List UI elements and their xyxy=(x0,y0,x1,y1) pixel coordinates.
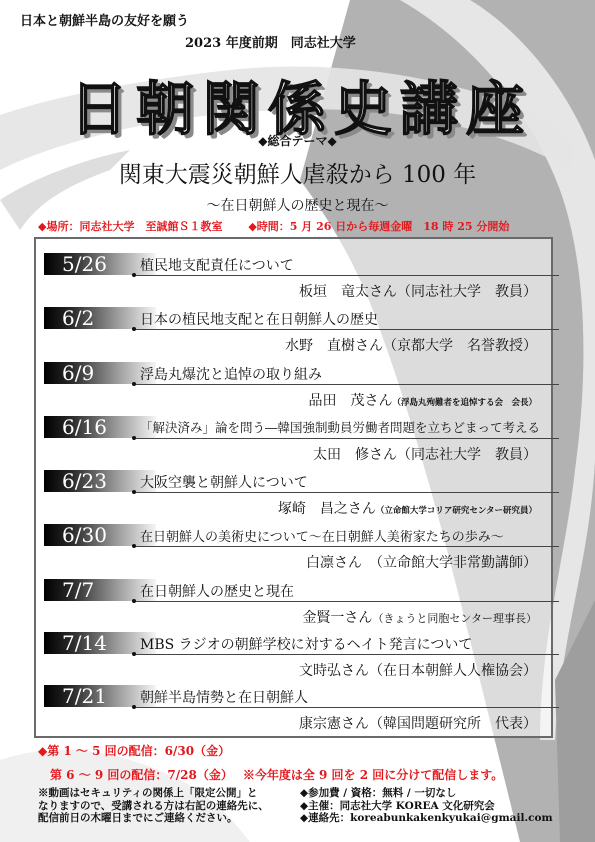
date-label: 6/30 xyxy=(62,524,107,546)
video-notice: ※動画はセキュリティの関係上「限定公開」と なりますので、受講される方は右記の連… xyxy=(38,787,300,825)
lecture-topic: 浮島丸爆沈と追悼の取り組み xyxy=(140,364,322,384)
speaker-affiliation: （韓国問題研究所 代表） xyxy=(369,716,537,732)
delivery-second: 第 6 ～ 9 回の配信：7/28（金）※今年度は全 9 回を 2 回に分けて配… xyxy=(50,766,503,783)
date-label: 6/16 xyxy=(62,416,107,438)
schedule-row: 5/26 植民地支配責任について 板垣 竜太さん（同志社大学 教員） xyxy=(36,243,551,297)
date-label: 6/23 xyxy=(62,470,107,492)
schedule-row: 6/23 大阪空襲と朝鮮人について 塚崎 昌之さん（立命館大学コリア研究センター… xyxy=(36,460,551,514)
term-text: 2023 年度前期 同志社大学 xyxy=(185,32,356,51)
divider xyxy=(134,546,559,547)
dot-icon xyxy=(132,382,136,386)
delivery-first: ◆第 1 ～ 5 回の配信：6/30（金） xyxy=(38,742,230,759)
schedule-row: 7/7 在日朝鮮人の歴史と現在 金賢一さん（きょうと同胞センター理事長） xyxy=(36,569,551,623)
divider xyxy=(134,492,559,493)
lecture-topic: 在日朝鮮人の美術史について～在日朝鮮人美術家たちの歩み～ xyxy=(140,526,504,545)
dot-icon xyxy=(132,544,136,548)
notice-line: 配信前日の木曜日までにご連絡ください。 xyxy=(38,812,300,825)
date-label: 7/14 xyxy=(62,632,107,654)
date-label: 5/26 xyxy=(62,253,107,275)
date-label: 7/21 xyxy=(62,685,107,707)
dot-icon xyxy=(132,327,136,331)
dot-icon xyxy=(132,599,136,603)
venue-time-info: ◆場所：同志社大学 至誠館Ｓ１教室 ◆時間：5 月 26 日から毎週金曜 18 … xyxy=(38,218,509,234)
divider xyxy=(134,384,559,385)
schedule-row: 6/16 「解決済み」論を問う―韓国強制動員労働者問題を立ちどまって考える 太田… xyxy=(36,406,551,460)
divider xyxy=(134,438,559,439)
divider xyxy=(134,707,559,708)
divider xyxy=(134,329,559,330)
fee-info: ◆参加費 / 資格：無料 / 一切なし xyxy=(300,787,553,800)
delivery-note: ※今年度は全 9 回を 2 回に分けて配信します。 xyxy=(243,768,503,782)
divider xyxy=(134,275,559,276)
schedule-row: 6/2 日本の植民地支配と在日朝鮮人の歴史 水野 直樹さん（京都大学 名誉教授） xyxy=(36,297,551,351)
dot-icon xyxy=(132,273,136,277)
lecture-topic: 朝鮮半島情勢と在日朝鮮人 xyxy=(140,687,308,707)
schedule-row: 6/30 在日朝鮮人の美術史について～在日朝鮮人美術家たちの歩み～ 白凛さん （… xyxy=(36,514,551,568)
organizer-info: ◆主催：同志社大学 KOREA 文化研究会 xyxy=(300,800,553,813)
schedule-box: 5/26 植民地支配責任について 板垣 竜太さん（同志社大学 教員） 6/2 日… xyxy=(34,237,553,738)
date-label: 7/7 xyxy=(62,579,94,601)
date-label: 6/2 xyxy=(62,307,94,329)
delivery-second-text: 第 6 ～ 9 回の配信：7/28（金） xyxy=(50,768,233,782)
theme-subtitle: ～在日朝鮮人の歴史と現在～ xyxy=(0,195,595,215)
contact-info: ◆参加費 / 資格：無料 / 一切なし ◆主催：同志社大学 KOREA 文化研究… xyxy=(300,787,553,825)
lecture-topic: 大阪空襲と朝鮮人について xyxy=(140,472,308,492)
divider xyxy=(134,654,559,655)
lecture-topic: 日本の植民地支配と在日朝鮮人の歴史 xyxy=(140,309,378,329)
lecture-topic: 植民地支配責任について xyxy=(140,255,294,275)
schedule-row: 6/9 浮島丸爆沈と追悼の取り組み 品田 茂さん（浮島丸殉難者を追悼する会 会長… xyxy=(36,352,551,406)
lecture-topic: MBS ラジオの朝鮮学校に対するヘイト発言について xyxy=(140,634,472,654)
theme-title: 関東大震災朝鮮人虐殺から 100 年 xyxy=(0,156,595,189)
dot-icon xyxy=(132,490,136,494)
schedule-row: 7/14 MBS ラジオの朝鮮学校に対するヘイト発言について 文時弘さん（在日本… xyxy=(36,622,551,676)
venue-text: ◆場所：同志社大学 至誠館Ｓ１教室 xyxy=(38,220,222,233)
dot-icon xyxy=(132,652,136,656)
dot-icon xyxy=(132,705,136,709)
lead-text: 日本と朝鮮半島の友好を願う xyxy=(20,10,189,29)
schedule-row: 7/21 朝鮮半島情勢と在日朝鮮人 康宗憲さん（韓国問題研究所 代表） xyxy=(36,675,551,729)
date-label: 6/9 xyxy=(62,362,94,384)
speaker-name: 康宗憲さん xyxy=(299,716,369,732)
notice-line: なりますので、受講される方は右記の連絡先に、 xyxy=(38,800,300,813)
lecture-topic: 「解決済み」論を問う―韓国強制動員労働者問題を立ちどまって考える xyxy=(140,418,540,436)
theme-label: ◆総合テーマ◆ xyxy=(0,132,595,149)
speaker: 康宗憲さん（韓国問題研究所 代表） xyxy=(299,713,537,733)
contact-email: ◆連絡先：koreabunkakenkyukai@gmail.com xyxy=(300,812,553,825)
divider xyxy=(134,601,559,602)
notice-line: ※動画はセキュリティの関係上「限定公開」と xyxy=(38,787,300,800)
lecture-topic: 在日朝鮮人の歴史と現在 xyxy=(140,581,294,601)
dot-icon xyxy=(132,436,136,440)
time-text: ◆時間：5 月 26 日から毎週金曜 18 時 25 分開始 xyxy=(248,220,509,233)
